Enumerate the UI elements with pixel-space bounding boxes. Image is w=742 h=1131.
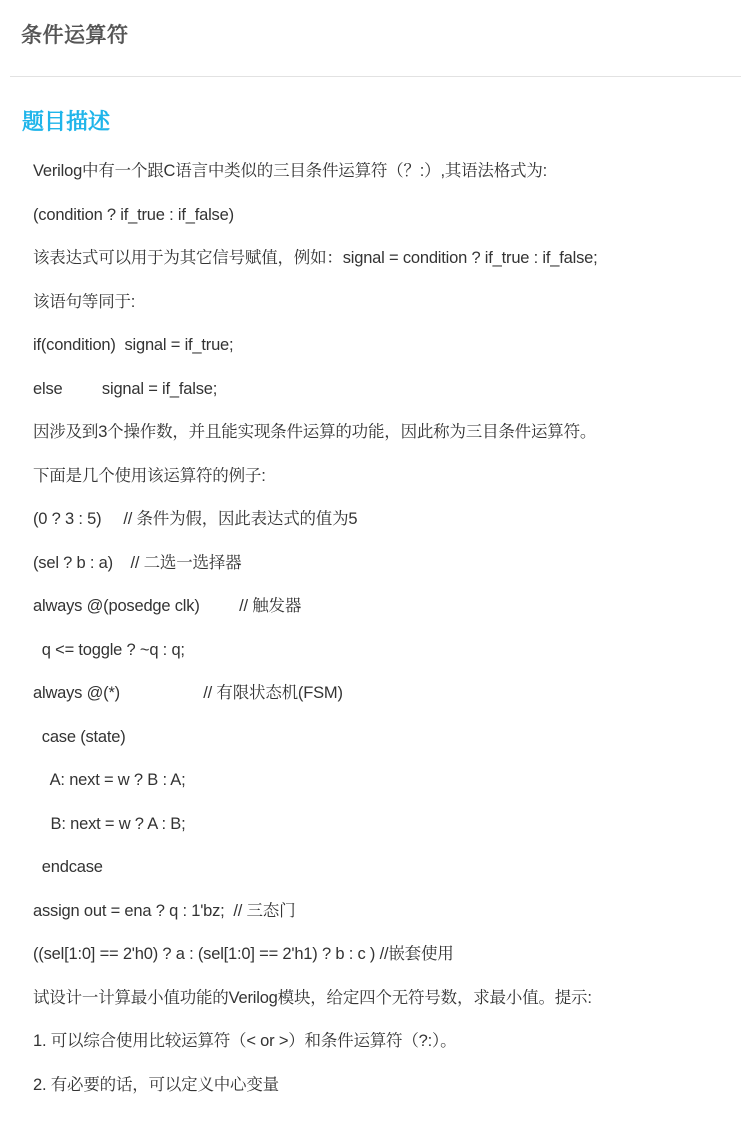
hint-line: 2. 有必要的话，可以定义中心变量 xyxy=(33,1064,733,1108)
code-example-line: (sel ? b : a) // 二选一选择器 xyxy=(33,542,733,586)
syntax-line: (condition ? if_true : if_false) xyxy=(33,194,733,238)
code-line: else signal = if_false; xyxy=(33,368,733,412)
code-example-line: (0 ? 3 : 5) // 条件为假，因此表达式的值为5 xyxy=(33,498,733,542)
code-example-line: case (state) xyxy=(33,716,733,760)
description-line: 下面是几个使用该运算符的例子: xyxy=(33,455,733,499)
description-line: 该表达式可以用于为其它信号赋值，例如：signal = condition ? … xyxy=(33,237,733,281)
section-title: 题目描述 xyxy=(22,107,110,137)
code-example-line: B: next = w ? A : B; xyxy=(33,803,733,847)
description-content: Verilog中有一个跟C语言中类似的三目条件运算符（？:）,其语法格式为: (… xyxy=(33,150,733,1107)
code-example-line: endcase xyxy=(33,846,733,890)
page-header: 条件运算符 xyxy=(0,0,742,78)
code-example-line: assign out = ena ? q : 1'bz; // 三态门 xyxy=(33,890,733,934)
description-line: 该语句等同于: xyxy=(33,281,733,325)
code-line: if(condition) signal = if_true; xyxy=(33,324,733,368)
description-line: Verilog中有一个跟C语言中类似的三目条件运算符（？:）,其语法格式为: xyxy=(33,150,733,194)
code-example-line: A: next = w ? B : A; xyxy=(33,759,733,803)
code-example-line: q <= toggle ? ~q : q; xyxy=(33,629,733,673)
description-line: 因涉及到3个操作数，并且能实现条件运算的功能，因此称为三目条件运算符。 xyxy=(33,411,733,455)
page-title: 条件运算符 xyxy=(21,22,129,50)
hint-line: 1. 可以综合使用比较运算符（< or >）和条件运算符（?:）。 xyxy=(33,1020,733,1064)
code-example-line: always @(*) // 有限状态机(FSM) xyxy=(33,672,733,716)
code-example-line: ((sel[1:0] == 2'h0) ? a : (sel[1:0] == 2… xyxy=(33,933,733,977)
task-description-line: 试设计一计算最小值功能的Verilog模块，给定四个无符号数，求最小值。提示: xyxy=(33,977,733,1021)
code-example-line: always @(posedge clk) // 触发器 xyxy=(33,585,733,629)
header-divider xyxy=(10,76,741,77)
